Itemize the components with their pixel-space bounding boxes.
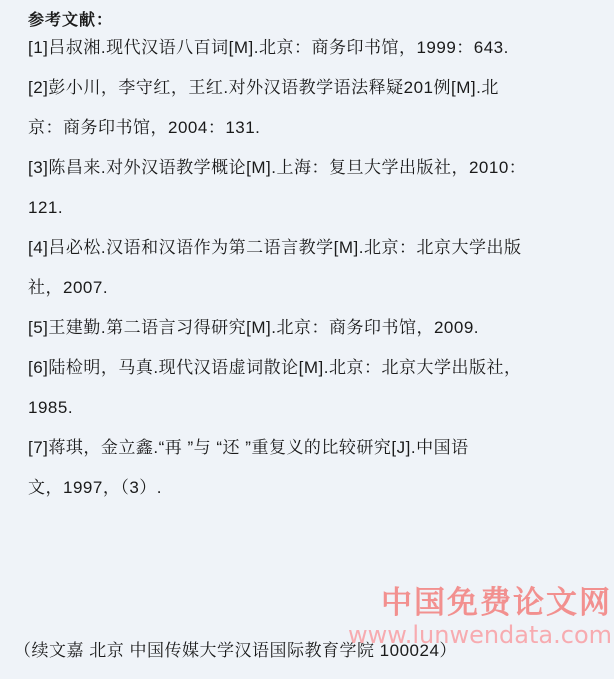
- references-list: [1]吕叔湘.现代汉语八百词[M].北京：商务印书馆，1999：643. [2]…: [28, 28, 598, 508]
- reference-line: 121.: [28, 188, 598, 228]
- reference-line: 文，1997，（3）.: [28, 468, 598, 508]
- reference-line: [1]吕叔湘.现代汉语八百词[M].北京：商务印书馆，1999：643.: [28, 28, 598, 68]
- reference-line: [3]陈昌来.对外汉语教学概论[M].上海：复旦大学出版社，2010：: [28, 148, 598, 188]
- reference-line: [2]彭小川，李守红，王红.对外汉语教学语法释疑201例[M].北: [28, 68, 598, 108]
- reference-line: [6]陆检明，马真.现代汉语虚词散论[M].北京：北京大学出版社，: [28, 348, 598, 388]
- reference-line: [4]吕必松.汉语和汉语作为第二语言教学[M].北京：北京大学出版: [28, 228, 598, 268]
- document-page: 参考文献： [1]吕叔湘.现代汉语八百词[M].北京：商务印书馆，1999：64…: [0, 0, 614, 679]
- references-heading: 参考文献：: [28, 7, 113, 30]
- reference-line: 社，2007.: [28, 268, 598, 308]
- author-affiliation-note: （续文嘉 北京 中国传媒大学汉语国际教育学院 100024）: [14, 636, 457, 661]
- reference-line: 京：商务印书馆，2004：131.: [28, 108, 598, 148]
- reference-line: [7]蒋琪，金立鑫.“再 ”与 “还 ”重复义的比较研究[J].中国语: [28, 428, 598, 468]
- reference-line: [5]王建勤.第二语言习得研究[M].北京：商务印书馆，2009.: [28, 308, 598, 348]
- watermark-site-name: 中国免费论文网: [348, 584, 612, 622]
- reference-line: 1985.: [28, 388, 598, 428]
